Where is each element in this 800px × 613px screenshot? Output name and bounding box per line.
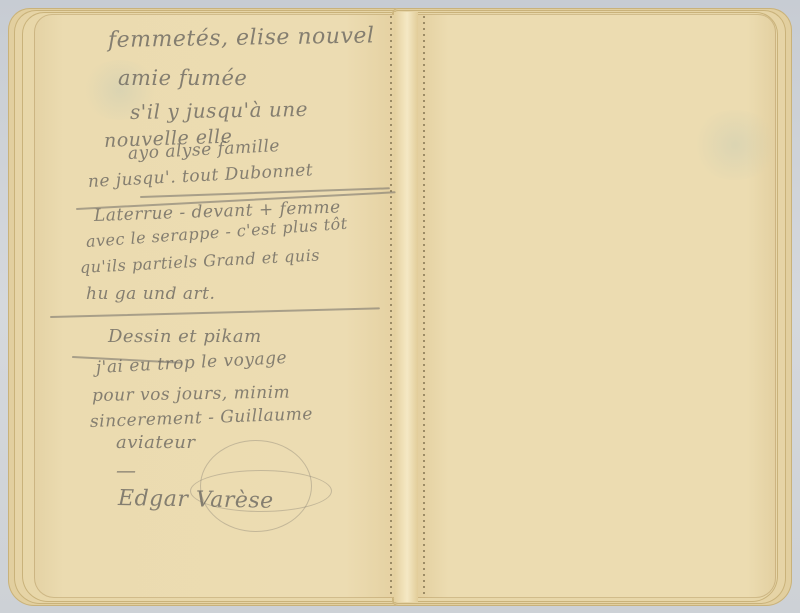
spine-gutter <box>394 12 418 602</box>
right-page <box>412 14 776 598</box>
perforation-left <box>390 14 392 598</box>
notebook-photo: femmetés, elise nouvel amie fumée s'il y… <box>0 0 800 613</box>
paper-stain <box>80 60 160 120</box>
paper-stain <box>690 110 780 180</box>
perforation-right <box>423 14 425 598</box>
